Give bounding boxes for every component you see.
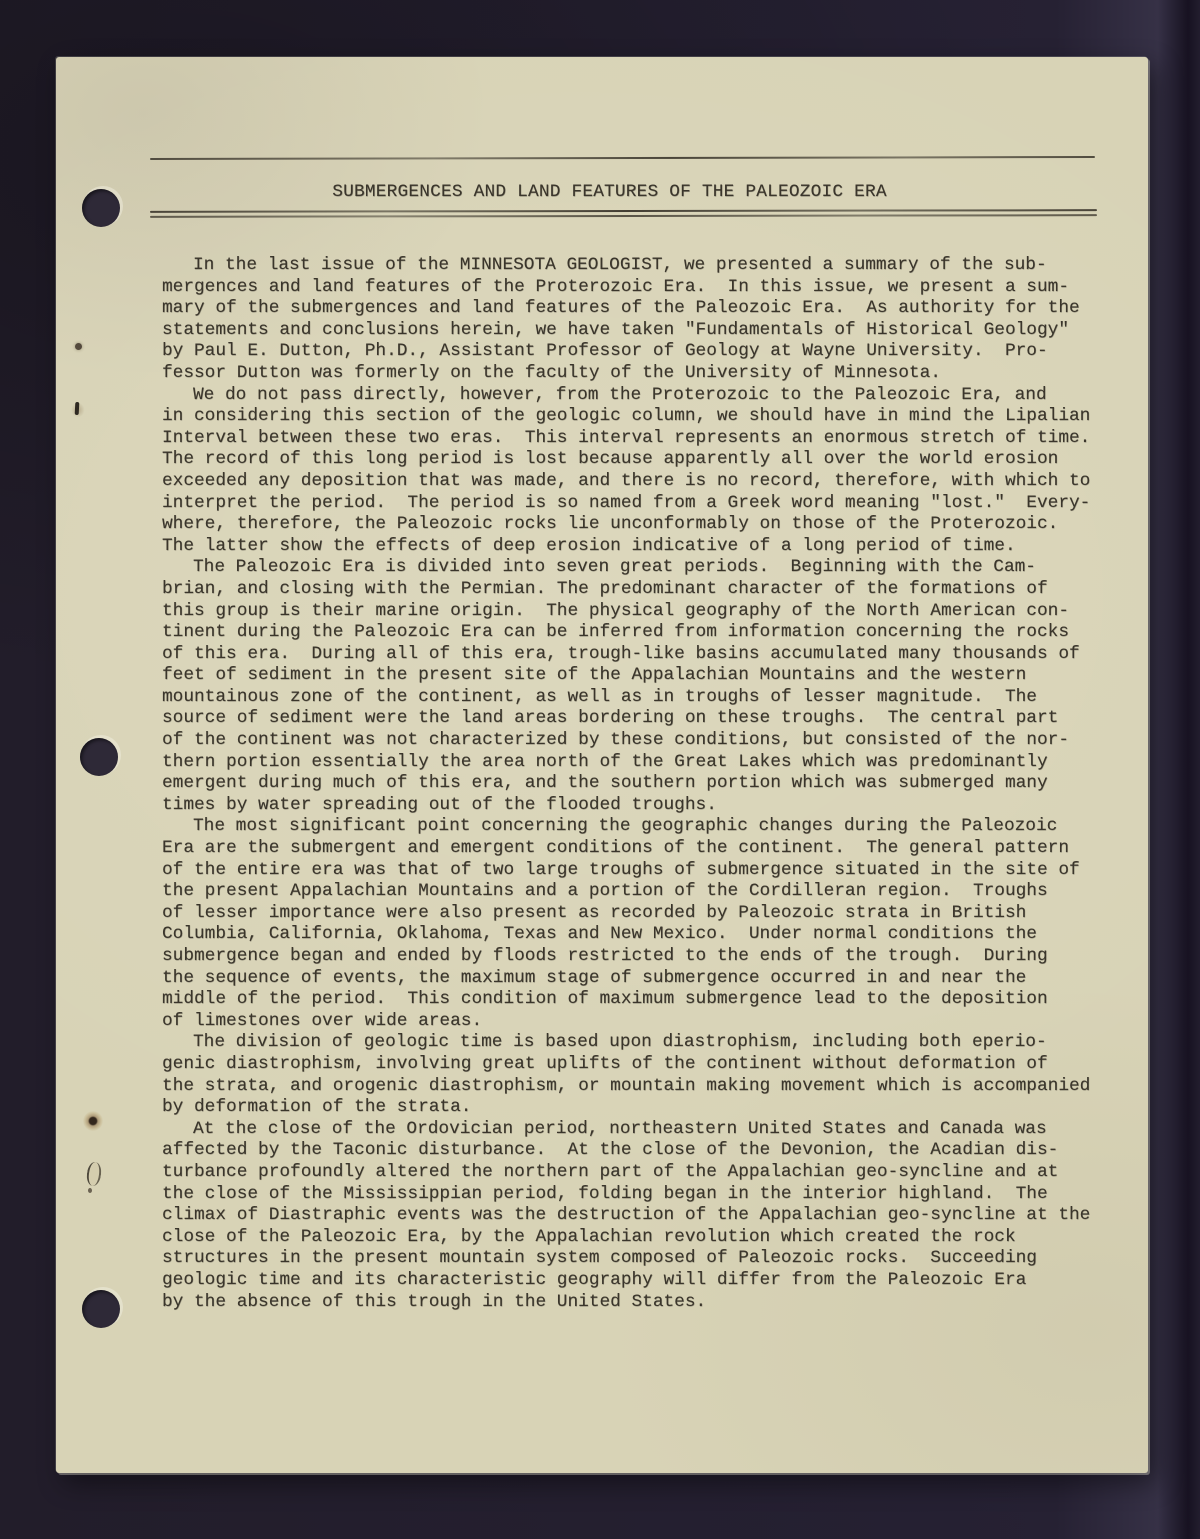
text-line: At the close of the Ordovician period, n… xyxy=(162,1119,1142,1141)
scan-background: { "page": { "background_color": "#252031… xyxy=(0,0,1200,1539)
burn-spot xyxy=(83,1111,103,1131)
text-line: structures in the present mountain syste… xyxy=(162,1248,1142,1270)
text-line: mountainous zone of the continent, as we… xyxy=(162,687,1142,709)
paragraph: In the last issue of the MINNESOTA GEOLO… xyxy=(162,255,1142,385)
paper-speck xyxy=(75,343,82,350)
text-line: fessor Dutton was formerly on the facult… xyxy=(162,363,1142,385)
title-rule-bottom-line1 xyxy=(150,209,1097,213)
text-line: where, therefore, the Paleozoic rocks li… xyxy=(162,514,1142,536)
text-line: this group is their marine origin. The p… xyxy=(162,601,1142,623)
text-line: in considering this section of the geolo… xyxy=(162,406,1142,428)
text-line: the sequence of events, the maximum stag… xyxy=(162,968,1142,990)
paragraph: At the close of the Ordovician period, n… xyxy=(162,1119,1142,1313)
text-line: turbance profoundly altered the northern… xyxy=(162,1162,1142,1184)
text-line: feet of sediment in the present site of … xyxy=(162,665,1142,687)
text-line: middle of the period. This condition of … xyxy=(162,989,1142,1011)
text-line: statements and conclusions herein, we ha… xyxy=(162,320,1142,342)
text-line: of this era. During all of this era, tro… xyxy=(162,644,1142,666)
paragraph: We do not pass directly, however, from t… xyxy=(162,385,1142,558)
text-line: The division of geologic time is based u… xyxy=(162,1032,1142,1054)
text-line: The record of this long period is lost b… xyxy=(162,449,1142,471)
text-line: thern portion essentially the area north… xyxy=(162,752,1142,774)
text-line: times by water spreading out of the floo… xyxy=(162,795,1142,817)
text-line: source of sediment were the land areas b… xyxy=(162,708,1142,730)
text-line: In the last issue of the MINNESOTA GEOLO… xyxy=(162,255,1142,277)
text-line: the present Appalachian Mountains and a … xyxy=(162,881,1142,903)
text-line: of lesser importance were also present a… xyxy=(162,903,1142,925)
punch-hole-top xyxy=(82,189,120,227)
text-line: by deformation of the strata. xyxy=(162,1097,1142,1119)
text-line: interpret the period. The period is so n… xyxy=(162,493,1142,515)
text-line: mergences and land features of the Prote… xyxy=(162,277,1142,299)
text-line: by Paul E. Dutton, Ph.D., Assistant Prof… xyxy=(162,341,1142,363)
document-body: In the last issue of the MINNESOTA GEOLO… xyxy=(162,255,1142,1313)
text-line: Era are the submergent and emergent cond… xyxy=(162,838,1142,860)
text-line: by the absence of this trough in the Uni… xyxy=(162,1292,1142,1314)
text-line: the close of the Mississippian period, f… xyxy=(162,1184,1142,1206)
text-line: the strata, and orogenic diastrophism, o… xyxy=(162,1076,1142,1098)
text-line: of limestones over wide areas. xyxy=(162,1011,1142,1033)
title-rule-bottom-line2 xyxy=(150,214,1097,218)
punch-hole-bottom xyxy=(82,1290,120,1328)
text-line: Columbia, California, Oklahoma, Texas an… xyxy=(162,924,1142,946)
text-line: of the continent was not characterized b… xyxy=(162,730,1142,752)
text-line: exceeded any deposition that was made, a… xyxy=(162,471,1142,493)
text-line: mary of the submergences and land featur… xyxy=(162,298,1142,320)
text-line: We do not pass directly, however, from t… xyxy=(162,385,1142,407)
punch-hole-middle xyxy=(80,738,118,776)
text-line: The latter show the effects of deep eros… xyxy=(162,536,1142,558)
text-line: geologic time and its characteristic geo… xyxy=(162,1270,1142,1292)
text-line: affected by the Taconic disturbance. At … xyxy=(162,1140,1142,1162)
text-line: climax of Diastraphic events was the des… xyxy=(162,1205,1142,1227)
text-line: The Paleozoic Era is divided into seven … xyxy=(162,557,1142,579)
text-line: submergence began and ended by floods re… xyxy=(162,946,1142,968)
paper-speck xyxy=(88,1188,92,1193)
text-line: close of the Paleozoic Era, by the Appal… xyxy=(162,1227,1142,1249)
text-line: genic diastrophism, involving great upli… xyxy=(162,1054,1142,1076)
title-rule-top xyxy=(150,156,1095,160)
ink-stain xyxy=(68,400,86,420)
text-line: of the entire era was that of two large … xyxy=(162,860,1142,882)
paragraph: The division of geologic time is based u… xyxy=(162,1032,1142,1118)
pencil-mark xyxy=(86,1161,103,1187)
page-title: SUBMERGENCES AND LAND FEATURES OF THE PA… xyxy=(137,181,1082,203)
text-line: tinent during the Paleozoic Era can be i… xyxy=(162,622,1142,644)
text-line: Interval between these two eras. This in… xyxy=(162,428,1142,450)
text-line: The most significant point concerning th… xyxy=(162,816,1142,838)
text-line: brian, and closing with the Permian. The… xyxy=(162,579,1142,601)
title-rule-bottom xyxy=(150,209,1097,218)
document-page: SUBMERGENCES AND LAND FEATURES OF THE PA… xyxy=(56,57,1148,1473)
paragraph: The Paleozoic Era is divided into seven … xyxy=(162,557,1142,816)
paragraph: The most significant point concerning th… xyxy=(162,816,1142,1032)
text-line: emergent during much of this era, and th… xyxy=(162,773,1142,795)
